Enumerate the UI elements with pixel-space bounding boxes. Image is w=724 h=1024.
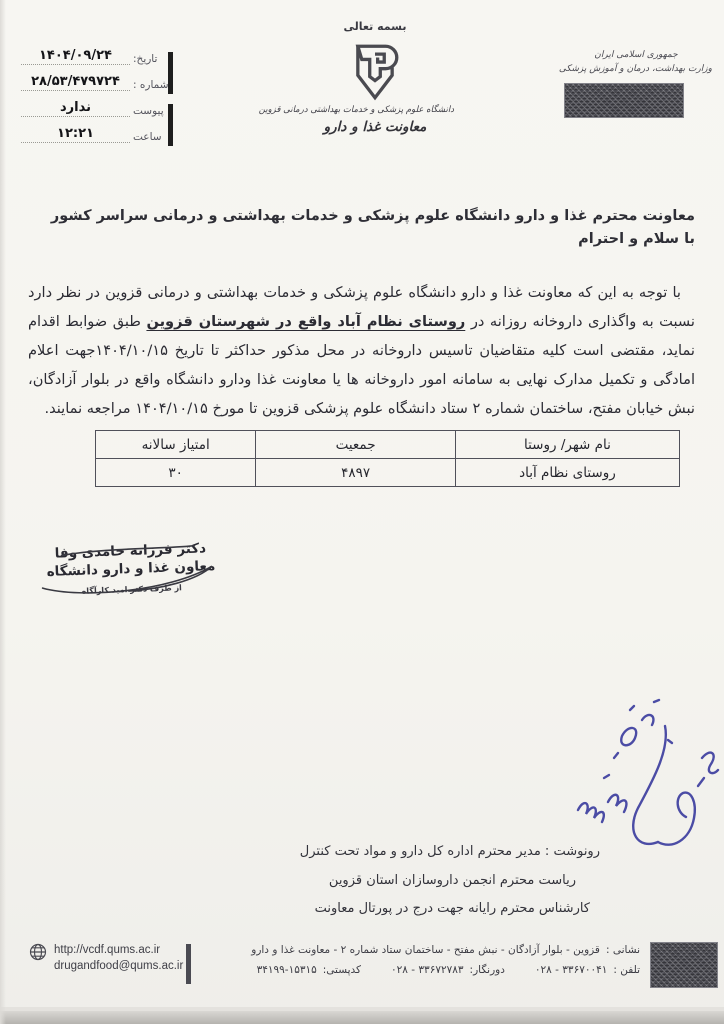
scan-edge-shadow [0,1011,724,1024]
cell-village-name: روستای نظام آباد [455,459,679,487]
cc-item-3: کارشناس محترم رایانه جهت درج در پورتال م… [300,895,590,924]
address-value: قزوین - بلوار آزادگان - نبش مفتح - ساختم… [251,944,600,956]
number-value: ۲۸/۵۳/۴۷۹۷۲۴ [21,74,130,91]
fax-label: دورنگار: [470,964,505,976]
university-brand-block: بسمه تعالی دانشگاه علوم پزشکی و خدمات به… [296,20,454,135]
body-highlight-village: روستای نظام آباد واقع در شهرستان قزوین [146,313,465,330]
ministry-block: جمهوری اسلامی ایران وزارت بهداشت، درمان … [560,50,712,118]
footer-address-line: نشانی : قزوین - بلوار آزادگان - نبش مفتح… [251,944,640,956]
letter-body-paragraph: با توجه به این که معاونت غذا و دارو دانش… [28,278,695,423]
cc-list: رونوشت : مدیر محترم اداره کل دارو و مواد… [300,838,600,924]
meta-row-number: شماره : ۲۸/۵۳/۴۷۹۷۲۴ [21,74,173,91]
postal-value: ۳۴۱۹۹-۱۵۳۱۵ [257,964,317,976]
footer-web-block: http://vcdf.qums.ac.ir drugandfood@qums.… [28,942,183,974]
meta-bar-top [168,52,173,94]
attachment-label: پیوست [130,105,173,117]
university-logo-icon [336,37,414,103]
scanned-letter-page: تاریخ: ۱۴۰۴/۰۹/۲۴ شماره : ۲۸/۵۳/۴۷۹۷۲۴ پ… [0,0,724,1024]
signer-stamp-block: دکتر فرزانه حامدی وفا معاون غذا و دارو د… [41,540,221,597]
scan-left-shadow [0,0,6,1024]
country-text: جمهوری اسلامی ایران [560,50,712,60]
phone-value: ۳۳۶۷۰۰۴۱ - ۰۲۸ [535,964,608,976]
footer-divider-bar [186,944,191,984]
signer-title: معاون غذا و دارو دانشگاه [42,558,220,580]
time-value: ۱۲:۲۱ [21,126,130,143]
address-label: نشانی : [606,944,640,956]
table-header-row: نام شهر/ روستا جمعیت امتیاز سالانه [96,431,680,459]
letter-meta-block: تاریخ: ۱۴۰۴/۰۹/۲۴ شماره : ۲۸/۵۳/۴۷۹۷۲۴ پ… [21,48,173,152]
decorative-pattern-band-top [564,83,684,118]
website-url: http://vcdf.qums.ac.ir [54,942,183,958]
cell-score: ۳۰ [96,459,256,487]
header-cell-score: امتیاز سالانه [96,431,256,459]
table-row: روستای نظام آباد ۴۸۹۷ ۳۰ [96,459,680,487]
date-label: تاریخ: [130,53,173,65]
handwritten-signature [570,690,724,855]
attachment-value: ندارد [21,100,130,117]
village-info-table: نام شهر/ روستا جمعیت امتیاز سالانه روستا… [95,430,680,487]
signer-on-behalf: از طرف دکتر امید کارآگاه [43,582,221,597]
fax-value: ۳۳۶۷۲۷۸۳ - ۰۲۸ [391,964,464,976]
salutation-line: با سلام و احترام [578,231,695,247]
date-value: ۱۴۰۴/۰۹/۲۴ [21,48,130,65]
cc-item-1: رونوشت : مدیر محترم اداره کل دارو و مواد… [300,838,600,867]
meta-bar-bottom [168,104,173,146]
cc-item-2: ریاست محترم انجمن داروسازان استان قزوین [300,867,576,896]
decorative-pattern-band-bottom [650,942,718,988]
globe-icon [28,942,48,962]
number-label: شماره : [130,79,173,91]
university-name-calligraphy: دانشگاه علوم پزشکی و خدمات بهداشتی درمان… [296,105,454,116]
besmele-text: بسمه تعالی [296,20,454,33]
meta-row-time: ساعت ۱۲:۲۱ [21,126,173,143]
header-cell-name: نام شهر/ روستا [455,431,679,459]
email-address: drugandfood@qums.ac.ir [54,958,183,974]
phone-label: تلفن : [613,964,640,976]
recipient-line: معاونت محترم غذا و دارو دانشگاه علوم پزش… [40,203,695,230]
deputy-name-text: معاونت غذا و دارو [296,119,454,135]
meta-row-attachment: پیوست ندارد [21,100,173,117]
postal-label: کدپستی: [323,964,361,976]
ministry-text: وزارت بهداشت، درمان و آموزش پزشکی [560,64,712,74]
header-cell-population: جمعیت [256,431,456,459]
time-label: ساعت [130,131,173,143]
meta-row-date: تاریخ: ۱۴۰۴/۰۹/۲۴ [21,48,173,65]
footer-contact-block: نشانی : قزوین - بلوار آزادگان - نبش مفتح… [251,944,640,984]
footer-phone-line: تلفن : ۳۳۶۷۰۰۴۱ - ۰۲۸ دورنگار: ۳۳۶۷۲۷۸۳ … [251,964,640,976]
cell-population: ۴۸۹۷ [256,459,456,487]
